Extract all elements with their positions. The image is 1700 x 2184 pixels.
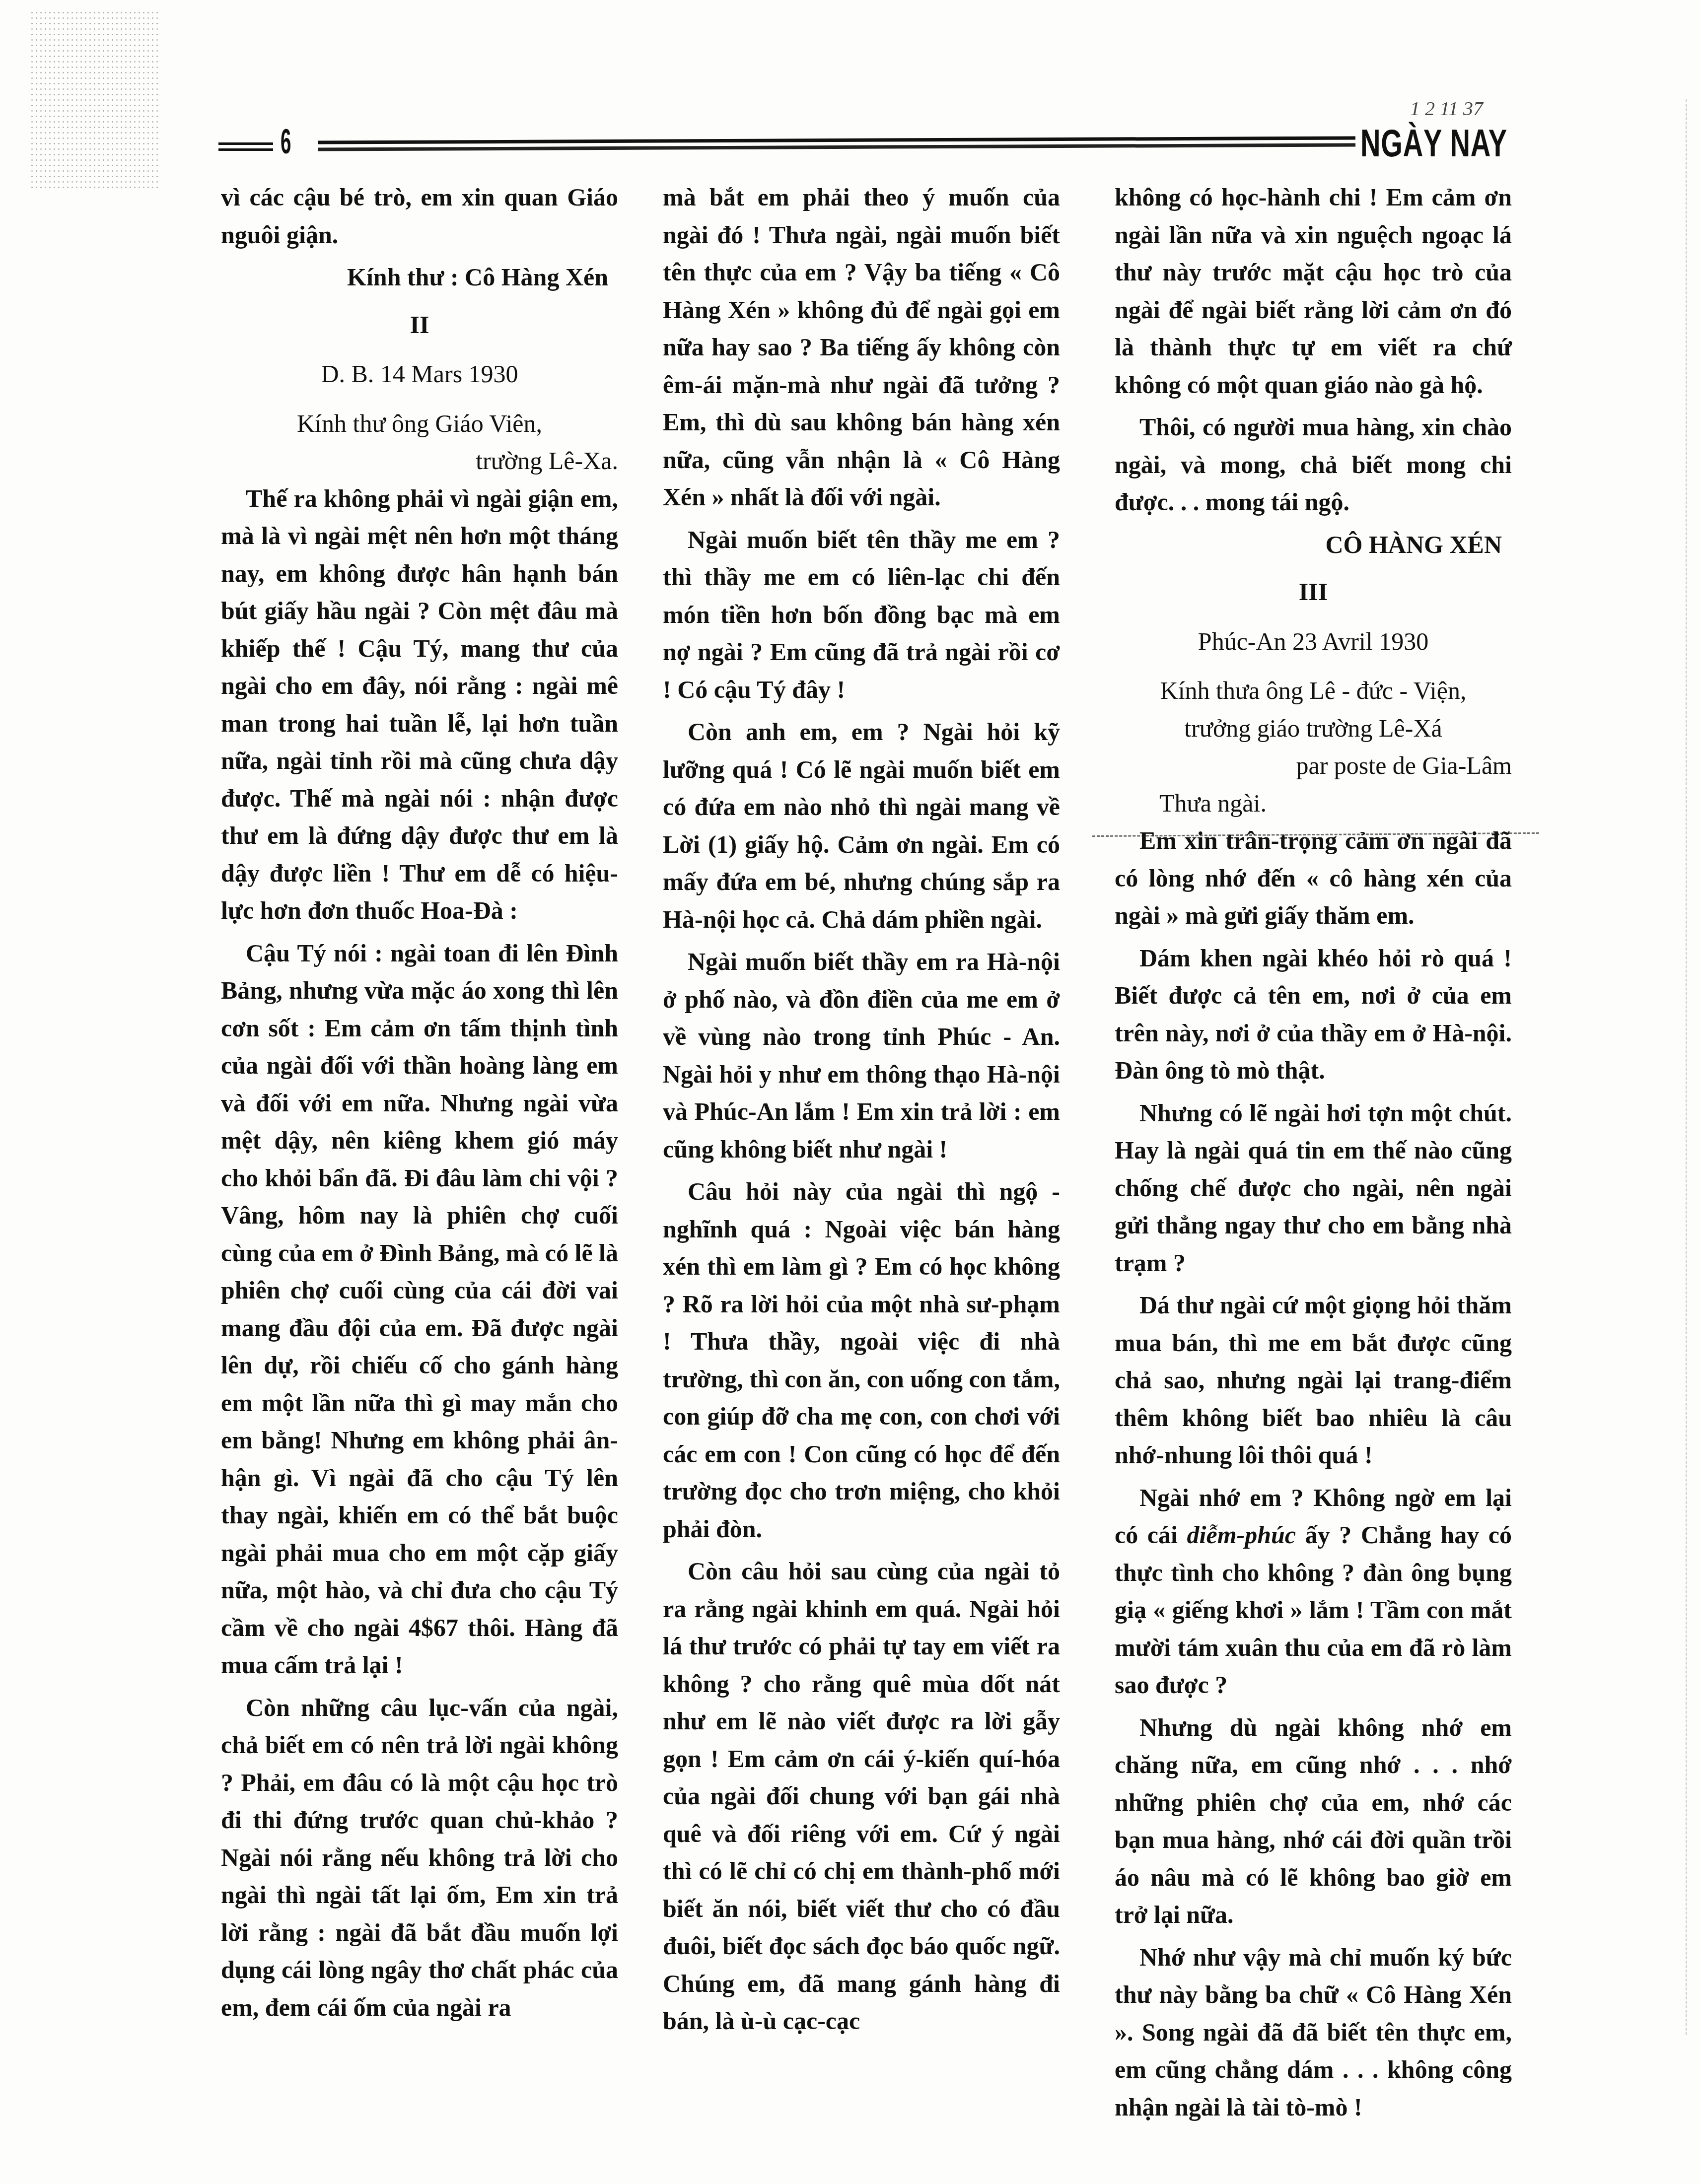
paragraph: Dám khen ngài khéo hỏi rò quá ! Biết đượ… <box>1115 940 1512 1090</box>
section-numeral: II <box>221 306 618 344</box>
paragraph: Còn câu hỏi sau cùng của ngài tỏ ra rằng… <box>663 1553 1060 2040</box>
letter-signature: CÔ HÀNG XÉN <box>1115 526 1512 564</box>
paragraph: Em xin trân-trọng cảm ơn ngài đã có lòng… <box>1115 822 1512 935</box>
section-numeral: III <box>1115 573 1512 611</box>
letter-signature: Kính thư : Cô Hàng Xén <box>221 259 618 296</box>
paragraph: Còn những câu lục-vấn của ngài, chả biết… <box>221 1689 618 2027</box>
page-number: 6 <box>281 122 291 161</box>
paragraph: Cậu Tý nói : ngài toan đi lên Đình Bảng,… <box>221 935 618 1684</box>
letter-dateline: Phúc-An 23 Avril 1930 <box>1115 623 1512 661</box>
scan-noise <box>30 10 159 189</box>
letter-salutation: Kính thư ông Giáo Viên, <box>221 405 618 443</box>
column-3: không có học-hành chi ! Em cảm ơn ngài l… <box>1115 179 1512 2131</box>
scan-edge <box>1686 99 1688 2035</box>
paragraph: Nhưng dù ngài không nhớ em chăng nữa, em… <box>1115 1709 1512 1934</box>
paragraph: Còn anh em, em ? Ngài hỏi kỹ lưỡng quá !… <box>663 713 1060 938</box>
header-rule-left <box>218 142 273 145</box>
paragraph: Ngài muốn biết thầy em ra Hà-nội ở phố n… <box>663 943 1060 1168</box>
paragraph: Ngài muốn biết tên thầy me em ? thì thầy… <box>663 521 1060 709</box>
letter-greeting: Thưa ngài. <box>1115 785 1512 822</box>
column-1: vì các cậu bé trò, em xin quan Giáo nguô… <box>221 179 618 2031</box>
letter-salutation: trường Lê-Xa. <box>221 442 618 480</box>
page-header: 6 1 2 11 37 NGÀY NAY <box>218 107 1509 161</box>
column-2: mà bắt em phải theo ý muốn của ngài đó !… <box>663 179 1060 2045</box>
letter-dateline: D. B. 14 Mars 1930 <box>221 355 618 393</box>
paragraph: Thế ra không phải vì ngài giận em, mà là… <box>221 480 618 930</box>
paragraph: Nhớ như vậy mà chỉ muốn ký bức thư này b… <box>1115 1939 1512 2126</box>
paragraph: không có học-hành chi ! Em cảm ơn ngài l… <box>1115 179 1512 404</box>
paragraph: Ngài nhớ em ? Không ngờ em lại có cái di… <box>1115 1479 1512 1704</box>
letter-salutation: par poste de Gia-Lâm <box>1115 747 1512 785</box>
handwritten-note: 1 2 11 37 <box>1410 97 1483 120</box>
paragraph: vì các cậu bé trò, em xin quan Giáo nguô… <box>221 179 618 254</box>
publication-title: NGÀY NAY <box>1360 121 1507 166</box>
header-rule <box>318 136 1355 144</box>
paragraph: Câu hỏi này của ngài thì ngộ - nghĩnh qu… <box>663 1173 1060 1548</box>
paragraph: Dá thư ngài cứ một giọng hỏi thăm mua bá… <box>1115 1287 1512 1474</box>
newspaper-page: 6 1 2 11 37 NGÀY NAY vì các cậu bé trò, … <box>0 0 1700 2184</box>
paragraph: Thôi, có người mua hàng, xin chào ngài, … <box>1115 409 1512 521</box>
italic-text: diễm-phúc <box>1187 1521 1296 1549</box>
paragraph: Nhưng có lẽ ngài hơi tợn một chút. Hay l… <box>1115 1094 1512 1282</box>
paragraph: mà bắt em phải theo ý muốn của ngài đó !… <box>663 179 1060 516</box>
letter-salutation: trưởng giáo trường Lê-Xá <box>1115 710 1512 748</box>
letter-salutation: Kính thưa ông Lê - đức - Viện, <box>1115 672 1512 710</box>
